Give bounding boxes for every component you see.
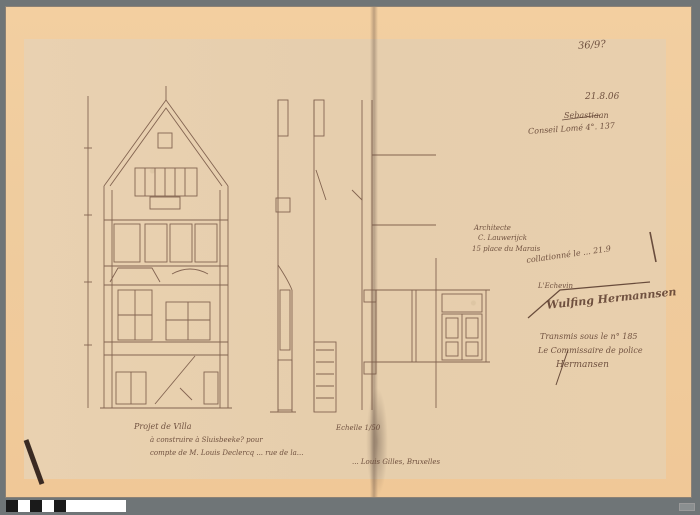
side-section-3 [352, 100, 436, 410]
title-line-1: Projet de Villa [134, 422, 191, 431]
signature-label: L'Echevin [538, 282, 573, 290]
architect-label: Architecte [474, 224, 511, 232]
calib-black [6, 500, 18, 512]
scanner-mark [679, 503, 695, 511]
architect-address: 15 place du Marais [472, 245, 540, 253]
scale-note: Echelle 1/50 [336, 424, 380, 432]
title-line-4: ... Louis Gilles, Bruxelles [352, 458, 440, 466]
calibration-strip [6, 500, 126, 512]
title-line-3: compte de M. Louis Declercq ... rue de l… [150, 449, 303, 457]
commissioner-line: Le Commissaire de police [538, 346, 643, 355]
rear-elevation [376, 258, 490, 408]
calib-black [54, 500, 66, 512]
calib-white [42, 500, 54, 512]
calib-black [30, 500, 42, 512]
title-line-2: à construire à Sluisbeeke? pour [150, 436, 263, 444]
architect-name: C. Lauwerijck [478, 234, 527, 242]
front-elevation [100, 86, 232, 408]
ink-mark [26, 440, 42, 484]
commissioner-signature: Hermansen [556, 360, 609, 370]
side-section-1 [270, 100, 296, 412]
architectural-drawing [0, 0, 700, 515]
catalog-number: 36/9? [578, 39, 607, 52]
date-note: 21.8.06 [585, 92, 619, 102]
transmitted-line: Transmis sous le n° 185 [540, 332, 638, 341]
approval-heading: Sebastiaan [564, 111, 609, 120]
calib-white [18, 500, 30, 512]
calib-white-wide [66, 500, 126, 512]
side-section-2 [314, 100, 336, 412]
